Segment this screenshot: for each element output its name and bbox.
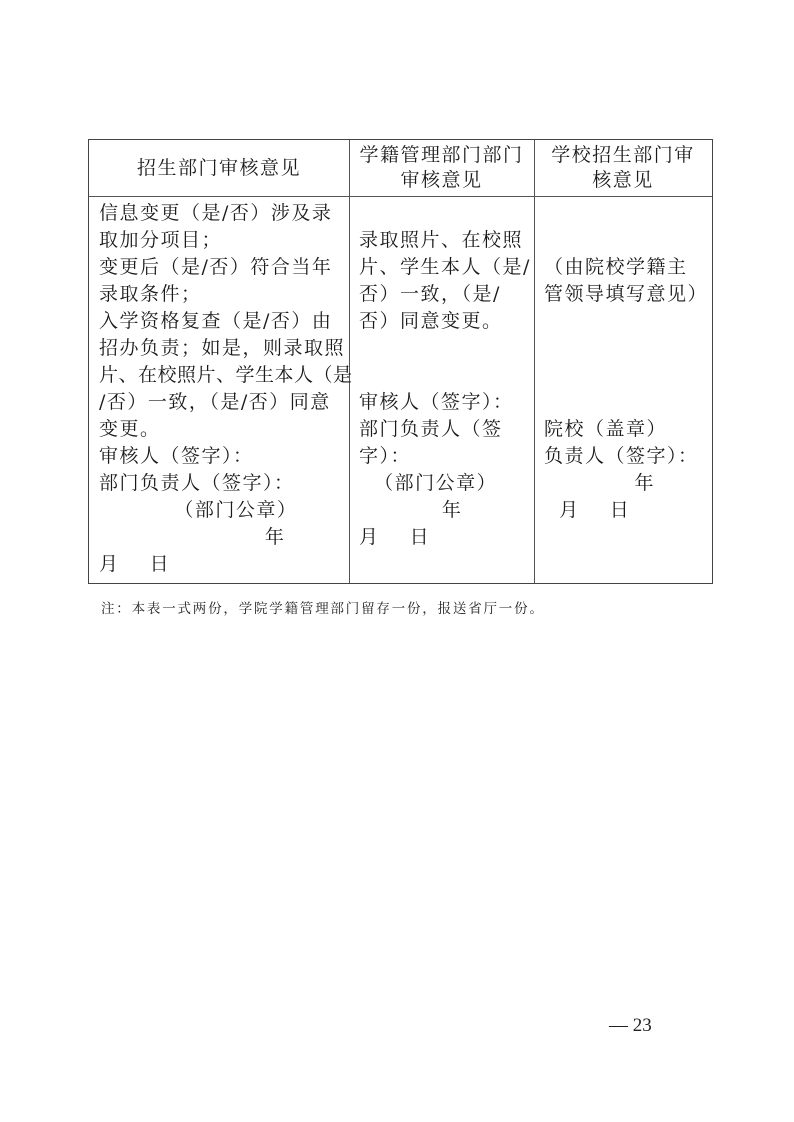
body-line <box>359 335 534 362</box>
body-line <box>544 389 712 416</box>
body-line <box>544 362 712 389</box>
head-signature-label: 负责人（签字）： <box>544 443 712 470</box>
student-status-dept-opinion-body: 录取照片、在校照 片、学生本人（是/ 否）一致，（是/ 否）同意变更。 审核人（… <box>359 200 534 551</box>
header-row-divider <box>89 196 712 197</box>
header-student-status-dept-opinion: 学籍管理部门部门 审核意见 <box>349 140 534 196</box>
body-line: 变更。 <box>99 416 347 443</box>
footnote: 注：本表一式两份，学院学籍管理部门留存一份，报送省厅一份。 <box>101 597 545 617</box>
header-admissions-dept-opinion: 招生部门审核意见 <box>89 140 349 196</box>
dept-seal-label: （部门公章） <box>359 470 534 497</box>
header-line: 学校招生部门审 <box>551 143 695 168</box>
month-day-label: 月 日 <box>359 524 534 551</box>
body-line: 变更后（是/否）符合当年 <box>99 254 347 281</box>
header-line: 学籍管理部门部门 <box>359 143 523 168</box>
body-line: 否）同意变更。 <box>359 308 534 335</box>
dept-seal-label: （部门公章） <box>99 497 347 524</box>
review-opinion-table: 招生部门审核意见 学籍管理部门部门 审核意见 学校招生部门审 核意见 信息变更（… <box>88 139 713 584</box>
admissions-dept-opinion-body: 信息变更（是/否）涉及录 取加分项目； 变更后（是/否）符合当年 录取条件； 入… <box>99 200 347 578</box>
month-day-label: 月 日 <box>99 551 347 578</box>
year-label: 年 <box>99 524 347 551</box>
school-seal-label: 院校（盖章） <box>544 416 712 443</box>
column-divider <box>534 140 535 583</box>
dept-head-signature-label: 部门负责人（签字）： <box>99 470 347 497</box>
body-line <box>544 308 712 335</box>
page-number: — 23 <box>609 1015 652 1037</box>
dept-head-signature-label-cont: 字）： <box>359 443 534 470</box>
body-line: 招办负责；如是，则录取照 <box>99 335 347 362</box>
header-school-admissions-dept-opinion: 学校招生部门审 核意见 <box>534 140 712 196</box>
body-line: 信息变更（是/否）涉及录 <box>99 200 347 227</box>
body-line <box>544 227 712 254</box>
instruction-text: （由院校学籍主 <box>544 254 712 281</box>
body-line: 入学资格复查（是/否）由 <box>99 308 347 335</box>
column-divider <box>349 140 350 583</box>
body-line: 片、学生本人（是/ <box>359 254 534 281</box>
body-line <box>359 362 534 389</box>
school-admissions-dept-opinion-body: （由院校学籍主 管领导填写意见） 院校（盖章） 负责人（签字）： 年 月 日 <box>544 200 712 524</box>
dept-head-signature-label: 部门负责人（签 <box>359 416 534 443</box>
body-line <box>359 200 534 227</box>
month-day-label: 月 日 <box>544 497 712 524</box>
body-line <box>544 200 712 227</box>
body-line: 录取条件； <box>99 281 347 308</box>
body-line: 否）一致，（是/ <box>359 281 534 308</box>
header-line: 审核意见 <box>359 168 523 193</box>
body-line: 片、在校照片、学生本人（是 <box>99 362 347 389</box>
body-line: 录取照片、在校照 <box>359 227 534 254</box>
body-line: /否）一致，（是/否）同意 <box>99 389 347 416</box>
year-label: 年 <box>544 470 712 497</box>
body-line <box>544 335 712 362</box>
body-line: 取加分项目； <box>99 227 347 254</box>
reviewer-signature-label: 审核人（签字）： <box>359 389 534 416</box>
header-line: 招生部门审核意见 <box>137 155 301 182</box>
instruction-text: 管领导填写意见） <box>544 281 712 308</box>
header-line: 核意见 <box>551 168 695 193</box>
reviewer-signature-label: 审核人（签字）： <box>99 443 347 470</box>
document-page: 招生部门审核意见 学籍管理部门部门 审核意见 学校招生部门审 核意见 信息变更（… <box>0 0 794 1122</box>
year-label: 年 <box>359 497 534 524</box>
